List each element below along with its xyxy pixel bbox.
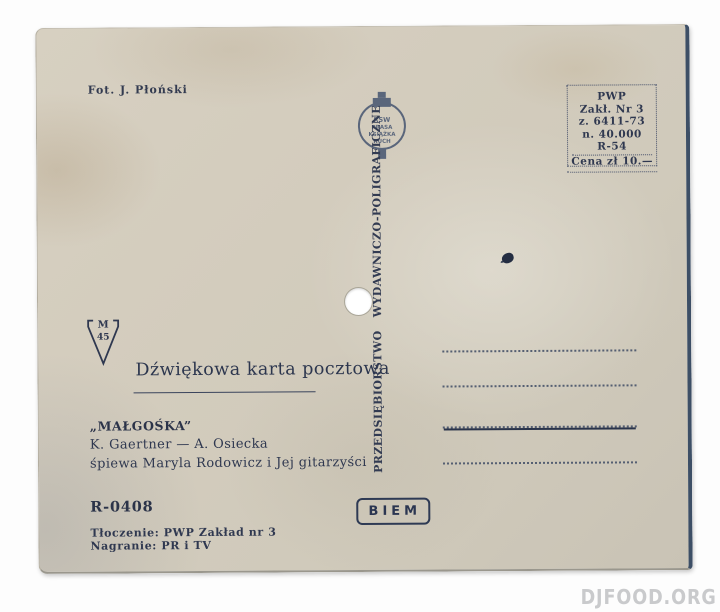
price-box-line: Zakł. Nr 3 <box>568 103 656 116</box>
price-box-line: R-54 <box>568 140 656 153</box>
recording-credit: Nagranie: PR i TV <box>90 539 211 553</box>
price-box: PWP Zakł. Nr 3 z. 6411-73 n. 40.000 R-54… <box>567 84 657 167</box>
address-line <box>443 384 637 387</box>
address-line <box>443 461 637 464</box>
format-logo-speed: 45 <box>97 333 110 343</box>
song-title: „MAŁGOŚKA” <box>90 418 192 434</box>
address-line <box>442 349 636 352</box>
catalog-number: R-0408 <box>90 498 153 515</box>
site-watermark: DJFOOD.ORG <box>581 585 717 609</box>
performer-credit: śpiewa Maryla Rodowicz i Jej gitarzyści <box>90 455 367 472</box>
composer-lyricist-credits: K. Gaertner — A. Osiecka <box>90 437 268 453</box>
price-box-line: n. 40.000 <box>568 128 656 141</box>
ink-blot <box>501 252 515 265</box>
price-value: Cena zł 10.— <box>568 155 656 168</box>
printer-imprint: PRZEDSIĘBIORSTWO WYDAWNICZO-POLIGRAFICZN… <box>370 171 388 473</box>
format-logo-letter: M <box>98 320 109 331</box>
card-type-underline <box>134 391 316 393</box>
card-type-title: Dźwiękowa karta pocztowa <box>135 359 390 381</box>
postcard-back: Fot. J. Płoński RSW PRASA KSIĄŻKA RUCH P… <box>35 24 692 574</box>
price-box-underline <box>567 171 657 173</box>
address-line-pen-mark <box>444 427 636 430</box>
photo-credit: Fot. J. Płoński <box>88 83 188 97</box>
record-center-hole <box>345 288 372 315</box>
biem-rights-box: BIEM <box>356 498 430 525</box>
m45-format-logo: M 45 <box>85 317 123 367</box>
price-box-line: PWP <box>568 90 656 103</box>
pressing-credit: Tłoczenie: PWP Zakład nr 3 <box>90 526 276 540</box>
price-box-line: z. 6411-73 <box>568 115 656 128</box>
